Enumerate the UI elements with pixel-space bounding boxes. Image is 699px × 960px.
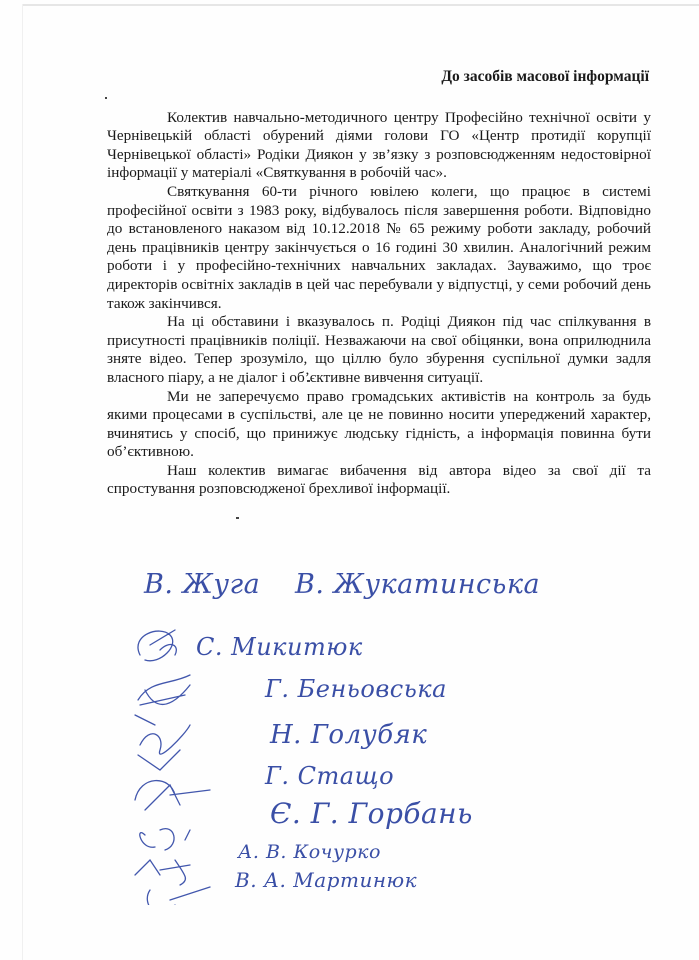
signatures-block: В. Жуга В. Жукатинська С. Микитюк Г. Бен… <box>130 565 580 905</box>
letter-heading: До засобів масової інформації <box>107 68 651 87</box>
page-top-edge <box>22 4 699 6</box>
paragraph-2: Святкування 60-ти річного ювілею колеги,… <box>107 183 651 313</box>
paragraph-5: Наш колектив вимагає вибачення від автор… <box>107 462 651 499</box>
signature-holubiak: Н. Голубяк <box>270 720 427 750</box>
signature-mykytiuk: С. Микитюк <box>196 633 363 661</box>
scan-speck <box>105 97 107 99</box>
scanned-page: До засобів масової інформації Колектив н… <box>0 0 699 960</box>
signature-kochurko: А. В. Кочурко <box>238 841 381 863</box>
paragraph-1: Колектив навчально-методичного центру Пр… <box>107 109 651 183</box>
paragraph-4: Ми не заперечуємо право громадських акти… <box>107 388 651 462</box>
letter-body: До засобів масової інформації Колектив н… <box>107 68 651 499</box>
signature-stashcho: Г. Стащо <box>265 762 394 790</box>
scan-speck <box>307 380 310 382</box>
handwritten-initials <box>130 625 240 905</box>
signature-horban: Є. Г. Горбань <box>270 797 473 830</box>
signature-benovska: Г. Беньовська <box>265 675 447 703</box>
page-left-edge <box>22 4 23 960</box>
signature-martyniuk: В. А. Мартинюк <box>235 868 417 892</box>
signature-zhuga: В. Жуга <box>144 569 260 600</box>
paragraph-3: На ці обставини і вказувалось п. Родіці … <box>107 313 651 387</box>
scan-speck <box>236 517 239 519</box>
signature-zhukatynska: В. Жукатинська <box>295 569 540 600</box>
